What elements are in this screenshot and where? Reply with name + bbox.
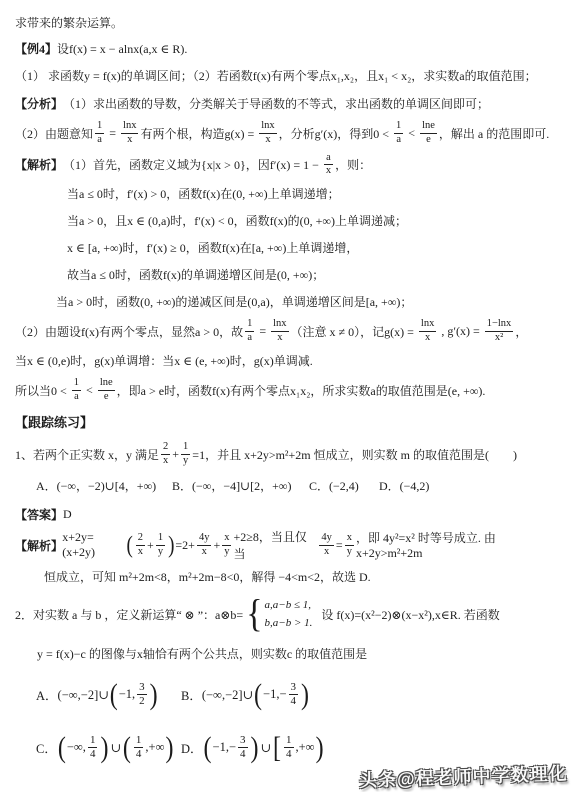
- text-run: 恒成立，可知 m²+2m<8，m²+2m−8<0，解得 −4<m<2，故选 D.: [44, 568, 371, 585]
- right-paren: ): [166, 733, 174, 763]
- left-paren: (: [58, 733, 66, 763]
- text-run: （2）由题意知: [15, 125, 93, 142]
- text-run: ，解出 a 的范围即可.: [439, 125, 549, 142]
- fraction-denominator: x: [263, 134, 272, 146]
- fraction-numerator: a: [324, 152, 333, 165]
- right-paren: ): [251, 733, 259, 763]
- fraction-numerator: 1−lnx: [485, 318, 514, 331]
- q1-option-d: D．(−4,2): [379, 477, 429, 494]
- q1-explanation-line-2: 恒成立，可知 m²+2m<8，m²+2m−8<0，解得 −4<m<2，故选 D.: [15, 562, 562, 591]
- fraction: 1a: [95, 120, 104, 145]
- answer-tag: 【答案】: [15, 506, 63, 523]
- text-run: =: [256, 324, 269, 339]
- fraction-denominator: x: [322, 546, 331, 558]
- fraction: 14: [134, 734, 144, 760]
- option-label: D．: [181, 739, 203, 757]
- fraction-numerator: 4y: [197, 532, 212, 545]
- left-paren: (: [254, 680, 262, 710]
- example-title-line: 【例4】 设f(x) = x − alnx(a,x ∈ R).: [15, 34, 562, 62]
- text-run: 当a ≤ 0时，f′(x) > 0，函数f(x)在(0, +∞)上单调递增；: [67, 185, 340, 202]
- fraction-numerator: 3: [289, 681, 299, 695]
- left-brace: {: [246, 595, 262, 634]
- fraction-denominator: a: [95, 134, 104, 146]
- text-run: ,+∞: [296, 740, 315, 755]
- right-paren: ): [100, 733, 108, 763]
- example-title-text: 设f(x) = x − alnx(a,x ∈ R).: [57, 40, 187, 57]
- text-run: ，: [515, 323, 527, 340]
- text-run: 故当a ≤ 0时，函数f(x)的单调递增区间是(0, +∞)；: [67, 266, 324, 283]
- fraction-numerator: 1: [72, 377, 81, 390]
- fraction-numerator: 1: [394, 120, 403, 133]
- fraction-numerator: 3: [238, 734, 248, 748]
- option-label: C．: [36, 739, 57, 757]
- text-run: 有两个根，构造g(x) =: [140, 125, 257, 142]
- fraction: lnee: [420, 120, 437, 145]
- text-run: <: [405, 126, 418, 141]
- fraction: 1y: [156, 532, 165, 557]
- cases-column: a,a−b ≤ 1, b,a−b > 1.: [265, 597, 313, 632]
- explanation-tag: 【解析】: [15, 537, 62, 554]
- fraction-numerator: x: [222, 532, 231, 545]
- fraction-numerator: 1: [181, 441, 190, 454]
- q2-option-b: B． (−∞,−2]∪ ( −1,− 34 ): [181, 681, 310, 707]
- fraction-numerator: lnx: [419, 318, 436, 331]
- option-label: A．: [36, 686, 58, 704]
- text-run: +: [147, 538, 154, 553]
- fraction: 1−lnxx²: [485, 318, 514, 343]
- fraction-numerator: 1: [245, 318, 254, 331]
- solution-conclusion-2: 当a > 0时，函数(0, +∞)的递减区间是(0,a)，单调递增区间是[a, …: [15, 288, 562, 315]
- text-run: ，即 4y²=x² 时等号成立. 由 x+2y>m²+2m: [356, 529, 562, 561]
- fraction-denominator: x: [324, 165, 333, 177]
- q2-option-d: D． ( −1,− 34 ) ∪ [ 14 ,+∞ ): [181, 734, 325, 760]
- left-paren: (: [126, 533, 132, 557]
- fraction-denominator: a: [394, 134, 403, 146]
- analysis-text-1: （1）求出函数的导数，分类解关于导函数的不等式，求出函数的单调区间即可；: [63, 95, 489, 112]
- option-label: B．: [181, 686, 202, 704]
- left-bracket: [: [273, 733, 281, 763]
- fraction-denominator: 4: [238, 748, 248, 761]
- right-paren: ): [301, 680, 309, 710]
- fraction-numerator: 2: [136, 532, 145, 545]
- fraction-denominator: y: [345, 546, 354, 558]
- union-symbol: ∪: [109, 740, 121, 756]
- solution-part2-line-3: 所以当0 < 1a < lnee ，即a > e时，函数f(x)有两个零点x₁x…: [15, 374, 562, 406]
- fraction: ax: [324, 152, 333, 177]
- example-question-text: （1） 求函数y = f(x)的单调区间；（2）若函数f(x)有两个零点x₁,x…: [15, 67, 537, 84]
- example-tag: 【例4】: [15, 40, 57, 57]
- text-run: +: [213, 538, 220, 553]
- text-run: =1，并且 x+2y>m²+2m 恒成立，则实数 m 的取值范围是( ): [192, 446, 517, 463]
- q1-options-row: A．(−∞，−2)∪[4，+∞) B．(−∞，−4]∪[2，+∞) C．(−2,…: [15, 471, 562, 500]
- fraction-numerator: lne: [420, 120, 437, 133]
- fraction: 34: [238, 734, 248, 760]
- fraction: xy: [345, 532, 354, 557]
- fraction-denominator: 4: [134, 748, 144, 761]
- right-paren: ): [150, 680, 158, 710]
- fraction: 4yx: [197, 532, 212, 557]
- fraction-denominator: x: [136, 546, 145, 558]
- text-run: （1）首先，函数定义域为{x|x > 0}，因f′(x) = 1 −: [63, 156, 322, 173]
- text-run: 当a > 0时，函数(0, +∞)的递减区间是(0,a)，单调递增区间是[a, …: [56, 293, 412, 310]
- left-paren: (: [110, 680, 118, 710]
- text-run: =: [106, 126, 119, 141]
- q1-option-a: A．(−∞，−2)∪[4，+∞): [36, 477, 172, 494]
- fraction: 2x: [136, 532, 145, 557]
- text-run: =: [336, 538, 343, 553]
- union-symbol: ∪: [260, 740, 272, 756]
- document-page: 求带来的繁杂运算。 【例4】 设f(x) = x − alnx(a,x ∈ R)…: [0, 0, 574, 774]
- practice-header: 【跟踪练习】: [15, 412, 93, 431]
- fraction-numerator: 1: [134, 734, 144, 748]
- text-run: (−∞,−2]∪: [202, 687, 253, 703]
- text-run: +: [172, 447, 179, 462]
- text-run: 当x ∈ (0,e)时，g(x)单调增：当x ∈ (e, +∞)时，g(x)单调…: [15, 352, 313, 369]
- analysis-tag: 【分析】: [15, 95, 63, 112]
- fraction: lnxx: [259, 120, 276, 145]
- fraction-numerator: 1: [284, 734, 294, 748]
- fraction: 14: [88, 734, 98, 760]
- intro-line: 求带来的繁杂运算。: [15, 10, 562, 34]
- fraction-numerator: 4y: [319, 532, 334, 545]
- q1-answer-line: 【答案】 D: [15, 500, 562, 528]
- text-run: 1、若两个正实数 x，y 满足: [15, 446, 159, 463]
- practice-header-line: 【跟踪练习】: [15, 406, 562, 437]
- fraction-numerator: 2: [161, 441, 170, 454]
- solution-case-2: 当a > 0，且x ∈ (0,a)时，f′(x) < 0，函数f(x)的(0, …: [15, 207, 562, 234]
- fraction-denominator: x: [125, 134, 134, 146]
- solution-case-1: 当a ≤ 0时，f′(x) > 0，函数f(x)在(0, +∞)上单调递增；: [15, 180, 562, 207]
- q2-options-row-ab: A． (−∞,−2]∪ ( −1, 32 ) B． (−∞,−2]∪ ( −1,…: [15, 668, 562, 721]
- solution-part2-line-1: （2）由题设f(x)有两个零点，显然a > 0，故 1a = lnxx （注意 …: [15, 315, 562, 347]
- left-paren: (: [204, 733, 212, 763]
- fraction-denominator: a: [245, 332, 254, 344]
- fraction: 34: [289, 681, 299, 707]
- right-paren: ): [316, 733, 324, 763]
- fraction-denominator: a: [72, 391, 81, 403]
- fraction-numerator: lnx: [271, 318, 288, 331]
- fraction-numerator: 1: [95, 120, 104, 133]
- analysis-line-2: （2）由题意知 1a = lnxx 有两个根，构造g(x) = lnxx ，分析…: [15, 117, 562, 149]
- analysis-line-1: 【分析】 （1）求出函数的导数，分类解关于导函数的不等式，求出函数的单调区间即可…: [15, 89, 562, 117]
- fraction-denominator: x: [200, 546, 209, 558]
- q1-stem-line: 1、若两个正实数 x，y 满足 2x + 1y =1，并且 x+2y>m²+2m…: [15, 437, 562, 471]
- fraction-denominator: x: [423, 332, 432, 344]
- text-run: −1,−: [263, 687, 286, 702]
- fraction-numerator: 1: [156, 532, 165, 545]
- fraction: lnxx: [419, 318, 436, 343]
- right-paren: ): [168, 533, 174, 557]
- text-run: y = f(x)−c 的图像与x轴恰有两个公共点，则实数c 的取值范围是: [37, 645, 367, 662]
- fraction-numerator: lnx: [121, 120, 138, 133]
- text-run: 所以当0 <: [15, 382, 70, 399]
- solution-tag: 【解析】: [15, 156, 63, 173]
- fraction: 2x: [161, 441, 170, 466]
- text-run: x+2y=(x+2y): [62, 530, 125, 560]
- fraction: 32: [137, 681, 147, 707]
- case-bottom: b,a−b > 1.: [265, 615, 313, 633]
- fraction: 1y: [181, 441, 190, 466]
- q1-option-b: B．(−∞，−4]∪[2，+∞): [172, 477, 309, 494]
- q2-stem-line-2: y = f(x)−c 的图像与x轴恰有两个公共点，则实数c 的取值范围是: [15, 638, 562, 668]
- case-top: a,a−b ≤ 1,: [265, 597, 313, 615]
- fraction-denominator: 4: [289, 695, 299, 708]
- fraction-numerator: x: [345, 532, 354, 545]
- text-run: −∞,: [67, 740, 86, 755]
- text-run: −1,−: [213, 740, 236, 755]
- text-run: =2+: [175, 538, 195, 553]
- fraction-denominator: x: [161, 455, 170, 467]
- text-run: −1,: [119, 687, 135, 702]
- fraction-denominator: e: [102, 391, 111, 403]
- fraction-denominator: 4: [284, 748, 294, 761]
- answer-value: D: [63, 507, 72, 522]
- text-run: +2≥8，当且仅当: [233, 528, 317, 562]
- q2-stem-line-1: 2．对实数 a 与 b ，定义新运算“ ⊗ ”：a⊗b= { a,a−b ≤ 1…: [15, 591, 562, 638]
- text-run: ,+∞: [145, 740, 164, 755]
- solution-line-1: 【解析】 （1）首先，函数定义域为{x|x > 0}，因f′(x) = 1 − …: [15, 149, 562, 180]
- fraction-numerator: 3: [137, 681, 147, 695]
- fraction: lnee: [98, 377, 115, 402]
- fraction: 1a: [394, 120, 403, 145]
- fraction-denominator: 4: [88, 748, 98, 761]
- fraction-denominator: y: [181, 455, 190, 467]
- fraction-denominator: y: [222, 546, 231, 558]
- text-run: （注意 x ≠ 0），记g(x) =: [291, 323, 417, 340]
- fraction: 4yx: [319, 532, 334, 557]
- fraction-denominator: y: [156, 546, 165, 558]
- solution-part2-line-2: 当x ∈ (0,e)时，g(x)单调增：当x ∈ (e, +∞)时，g(x)单调…: [15, 347, 562, 374]
- q2-option-a: A． (−∞,−2]∪ ( −1, 32 ): [36, 681, 181, 707]
- intro-text: 求带来的繁杂运算。: [15, 14, 123, 31]
- text-run: ，即a > e时，函数f(x)有两个零点x₁x₂，所求实数a的取值范围是(e, …: [117, 382, 486, 399]
- fraction: xy: [222, 532, 231, 557]
- fraction: lnxx: [271, 318, 288, 343]
- text-run: <: [83, 383, 96, 398]
- text-run: (−∞,−2]∪: [58, 687, 109, 703]
- fraction: 1a: [72, 377, 81, 402]
- q1-explanation-line-1: 【解析】 x+2y=(x+2y) ( 2x + 1y ) =2+ 4yx + x…: [15, 528, 562, 562]
- q2-option-c: C． ( −∞, 14 ) ∪ ( 14 ,+∞ ): [36, 734, 181, 760]
- fraction-denominator: 2: [137, 695, 147, 708]
- piecewise-cases: { a,a−b ≤ 1, b,a−b > 1.: [246, 597, 312, 632]
- fraction-denominator: x: [275, 332, 284, 344]
- fraction-denominator: e: [424, 134, 433, 146]
- fraction-denominator: x²: [493, 332, 505, 344]
- text-run: （2）由题设f(x)有两个零点，显然a > 0，故: [15, 323, 243, 340]
- fraction-numerator: lne: [98, 377, 115, 390]
- example-question-line: （1） 求函数y = f(x)的单调区间；（2）若函数f(x)有两个零点x₁,x…: [15, 62, 562, 89]
- text-run: 2．对实数 a 与 b ，定义新运算“ ⊗ ”：a⊗b=: [15, 606, 243, 623]
- solution-case-3: x ∈ [a, +∞)时，f′(x) ≥ 0，函数f(x)在[a, +∞)上单调…: [15, 234, 562, 261]
- fraction: 14: [284, 734, 294, 760]
- text-run: x ∈ [a, +∞)时，f′(x) ≥ 0，函数f(x)在[a, +∞)上单调…: [67, 239, 358, 256]
- text-run: ，则：: [335, 156, 371, 173]
- fraction: lnxx: [121, 120, 138, 145]
- fraction-numerator: lnx: [259, 120, 276, 133]
- text-run: ，分析g′(x)，得到0 <: [279, 125, 392, 142]
- solution-conclusion-1: 故当a ≤ 0时，函数f(x)的单调递增区间是(0, +∞)；: [15, 261, 562, 288]
- text-run: 设 f(x)=(x²−2)⊗(x−x²),x∈R. 若函数: [315, 606, 499, 623]
- fraction: 1a: [245, 318, 254, 343]
- left-paren: (: [123, 733, 131, 763]
- q1-option-c: C．(−2,4): [309, 477, 379, 494]
- text-run: 当a > 0，且x ∈ (0,a)时，f′(x) < 0，函数f(x)的(0, …: [67, 212, 407, 229]
- text-run: , g′(x) =: [438, 324, 482, 339]
- fraction-numerator: 1: [88, 734, 98, 748]
